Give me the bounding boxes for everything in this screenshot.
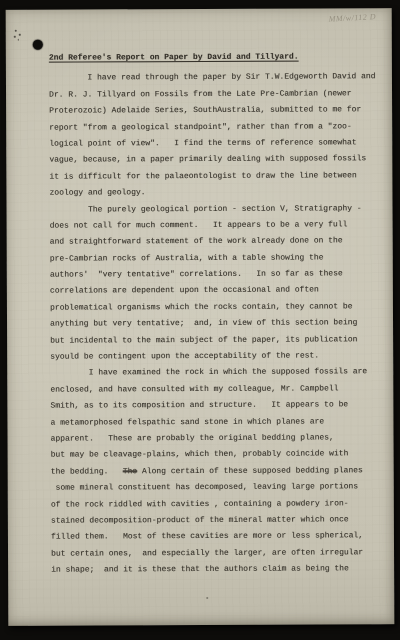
text-line: problematical organisms which the rocks … (50, 299, 381, 317)
report-heading: 2nd Referee's Report on Paper by David a… (49, 50, 299, 67)
text-line: a metamorphosed felspathic sand stone in… (50, 414, 381, 432)
text-line: filled them. Most of these cavities are … (51, 529, 382, 547)
text-line: Smith, as to its composition and structu… (50, 397, 381, 415)
text-line: in shape; and it is these that the autho… (51, 561, 382, 579)
text-line: but certain ones, and especially the lar… (51, 545, 382, 563)
text-line: does not call for much comment. It appea… (50, 217, 381, 235)
paper-speckle (206, 597, 208, 599)
text-line: I have examined the rock in which the su… (50, 365, 381, 383)
text-line: vague, because, in a paper primarily dea… (49, 152, 380, 170)
text-line: and straightforward statement of the wor… (50, 234, 381, 252)
text-line: anything but very tentative; and, in vie… (50, 315, 381, 333)
text-line: apparent. These are probably the origina… (50, 430, 381, 448)
text-line: The purely geological portion - section … (49, 201, 380, 219)
text-line: syould be contingent upon the acceptabil… (50, 348, 381, 366)
text-line: Proterozoic) Adelaide Series, SouthAustr… (49, 102, 380, 120)
text-line: logical point of view". I find the terms… (49, 135, 380, 153)
paper-speckle (14, 36, 16, 38)
paper-speckle (15, 30, 17, 32)
text-line: pre-Cambrian rocks of Australia, with a … (50, 250, 381, 268)
paragraphs: I have read through the paper by Sir T.W… (49, 70, 382, 580)
paper-speckle (19, 34, 21, 36)
text-line: the bedding. The Along certain of these … (51, 463, 382, 481)
text-line: I have read through the paper by Sir T.W… (49, 70, 380, 88)
text-line: authors' "very tentative" correlations. … (50, 266, 381, 284)
paper-speckle (18, 39, 19, 41)
text-line: of the rock riddled with cavities , cont… (51, 496, 382, 514)
text-line: it is difficult for the palaeontologist … (49, 168, 380, 186)
typewritten-text: 2nd Referee's Report on Paper by David a… (49, 49, 382, 579)
text-line: report "from a geological standpoint", r… (49, 119, 380, 137)
text-line: zoology and geology. (49, 184, 380, 202)
pencil-annotation: MM/w/112 D (328, 12, 376, 24)
text-line: stained decomposition-product of the min… (51, 512, 382, 530)
text-line: enclosed, and have consulted with my col… (50, 381, 381, 399)
text-line: correlations are dependent upon the occa… (50, 283, 381, 301)
text-segment: the bedding. (51, 467, 123, 476)
photo-background: MM/w/112 D 2nd Referee's Report on Paper… (0, 0, 400, 640)
struck-out-word: The (123, 467, 137, 476)
ink-dot (33, 40, 43, 50)
text-line: some mineral constituent has decomposed,… (51, 479, 382, 497)
text-line: but incidental to the main subject of th… (50, 332, 381, 350)
text-line: but may be cleavage-plains, which then, … (51, 447, 382, 465)
text-segment: Along certain of these supposed bedding … (137, 466, 363, 476)
paper-sheet: MM/w/112 D 2nd Referee's Report on Paper… (6, 8, 395, 626)
text-line: Dr. R. J. Tillyard on Fossils from the L… (49, 86, 380, 104)
